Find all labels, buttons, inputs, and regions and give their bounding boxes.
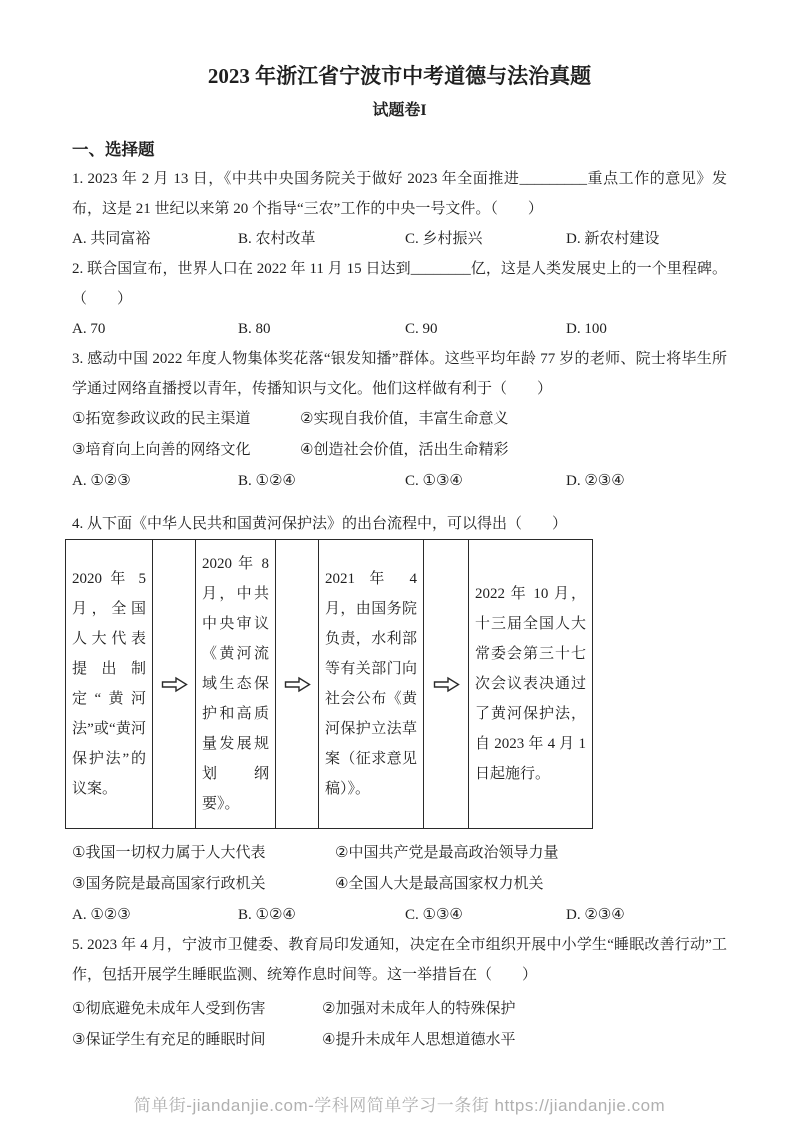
question-3-suboptions-row-1: ①拓宽参政议政的民主渠道 ②实现自我价值，丰富生命意义 — [72, 404, 727, 435]
question-2-choices: A. 70 B. 80 C. 90 D. 100 — [72, 314, 727, 344]
suboption-1: ①我国一切权力属于人大代表 — [72, 838, 335, 869]
suboption-3: ③培育向上向善的网络文化 — [72, 435, 300, 466]
suboption-2: ②实现自我价值，丰富生命意义 — [300, 404, 727, 435]
choice-option-c: C. 乡村振兴 — [405, 224, 566, 254]
arrow-right-icon — [284, 676, 311, 693]
flow-table: 2020 年 5 月，全国人大代表提出制定“黄河法”或“黄河保护法”的议案。 2… — [65, 539, 593, 829]
flow-step-cell-2: 2020 年 8 月，中共中央审议《黄河流域生态保护和高质量发展规划纲要》。 — [196, 540, 276, 829]
page-title: 2023 年浙江省宁波市中考道德与法治真题 — [72, 62, 727, 90]
choice-option-d: D. ②③④ — [566, 900, 727, 930]
suboption-1: ①彻底避免未成年人受到伤害 — [72, 994, 322, 1025]
suboption-4: ④全国人大是最高国家权力机关 — [335, 869, 727, 900]
section-heading: 一、选择题 — [72, 136, 727, 164]
suboption-2: ②中国共产党是最高政治领导力量 — [335, 838, 727, 869]
choice-option-b: B. ①②④ — [238, 900, 405, 930]
choice-option-d: D. ②③④ — [566, 466, 727, 496]
flow-step-cell-1: 2020 年 5 月，全国人大代表提出制定“黄河法”或“黄河保护法”的议案。 — [66, 540, 153, 829]
document-page: 2023 年浙江省宁波市中考道德与法治真题 试题卷I 一、选择题 1. 2023… — [0, 0, 793, 1122]
flow-step-cell-3: 2021 年 4 月，由国务院负责，水利部等有关部门向社会公布《黄河保护立法草案… — [319, 540, 424, 829]
question-4-stem: 4. 从下面《中华人民共和国黄河保护法》的出台流程中，可以得出（ ） — [72, 509, 727, 539]
question-5-suboptions-row-1: ①彻底避免未成年人受到伤害 ②加强对未成年人的特殊保护 — [72, 994, 727, 1025]
question-4-suboptions-row-1: ①我国一切权力属于人大代表 ②中国共产党是最高政治领导力量 — [72, 838, 727, 869]
arrow-right-icon — [161, 676, 188, 693]
question-5-stem: 5. 2023 年 4 月，宁波市卫健委、教育局印发通知，决定在全市组织开展中小… — [72, 930, 727, 990]
question-4-choices: A. ①②③ B. ①②④ C. ①③④ D. ②③④ — [72, 900, 727, 930]
flow-arrow-cell — [424, 540, 469, 829]
choice-option-b: B. 农村改革 — [238, 224, 405, 254]
question-2-stem: 2. 联合国宣布，世界人口在 2022 年 11 月 15 日达到_______… — [72, 254, 727, 314]
paper-subtitle: 试题卷I — [72, 100, 727, 122]
choice-option-a: A. 共同富裕 — [72, 224, 238, 254]
question-3-choices: A. ①②③ B. ①②④ C. ①③④ D. ②③④ — [72, 466, 727, 496]
choice-option-d: D. 新农村建设 — [566, 224, 727, 254]
choice-option-a: A. 70 — [72, 314, 238, 344]
arrow-right-icon — [433, 676, 460, 693]
suboption-2: ②加强对未成年人的特殊保护 — [322, 994, 727, 1025]
choice-option-c: C. ①③④ — [405, 900, 566, 930]
choice-option-d: D. 100 — [566, 314, 727, 344]
suboption-4: ④创造社会价值，活出生命精彩 — [300, 435, 727, 466]
question-1-stem: 1. 2023 年 2 月 13 日，《中共中央国务院关于做好 2023 年全面… — [72, 164, 727, 224]
flow-step-cell-4: 2022 年 10 月，十三届全国人大常委会第三十七次会议表决通过了黄河保护法，… — [469, 540, 593, 829]
suboption-3: ③国务院是最高国家行政机关 — [72, 869, 335, 900]
choice-option-a: A. ①②③ — [72, 900, 238, 930]
question-3-suboptions-row-2: ③培育向上向善的网络文化 ④创造社会价值，活出生命精彩 — [72, 435, 727, 466]
watermark-footer: 简单街-jiandanjie.com-学科网简单学习一条街 https://ji… — [72, 1094, 727, 1118]
flow-arrow-cell — [276, 540, 319, 829]
question-4-suboptions-row-2: ③国务院是最高国家行政机关 ④全国人大是最高国家权力机关 — [72, 869, 727, 900]
choice-option-b: B. ①②④ — [238, 466, 405, 496]
question-5-suboptions-row-2: ③保证学生有充足的睡眠时间 ④提升未成年人思想道德水平 — [72, 1025, 727, 1056]
choice-option-a: A. ①②③ — [72, 466, 238, 496]
flow-arrow-cell — [153, 540, 196, 829]
suboption-4: ④提升未成年人思想道德水平 — [322, 1025, 727, 1056]
question-3-stem: 3. 感动中国 2022 年度人物集体奖花落“银发知播”群体。这些平均年龄 77… — [72, 344, 727, 404]
choice-option-c: C. ①③④ — [405, 466, 566, 496]
question-1-choices: A. 共同富裕 B. 农村改革 C. 乡村振兴 D. 新农村建设 — [72, 224, 727, 254]
suboption-3: ③保证学生有充足的睡眠时间 — [72, 1025, 322, 1056]
choice-option-b: B. 80 — [238, 314, 405, 344]
choice-option-c: C. 90 — [405, 314, 566, 344]
suboption-1: ①拓宽参政议政的民主渠道 — [72, 404, 300, 435]
